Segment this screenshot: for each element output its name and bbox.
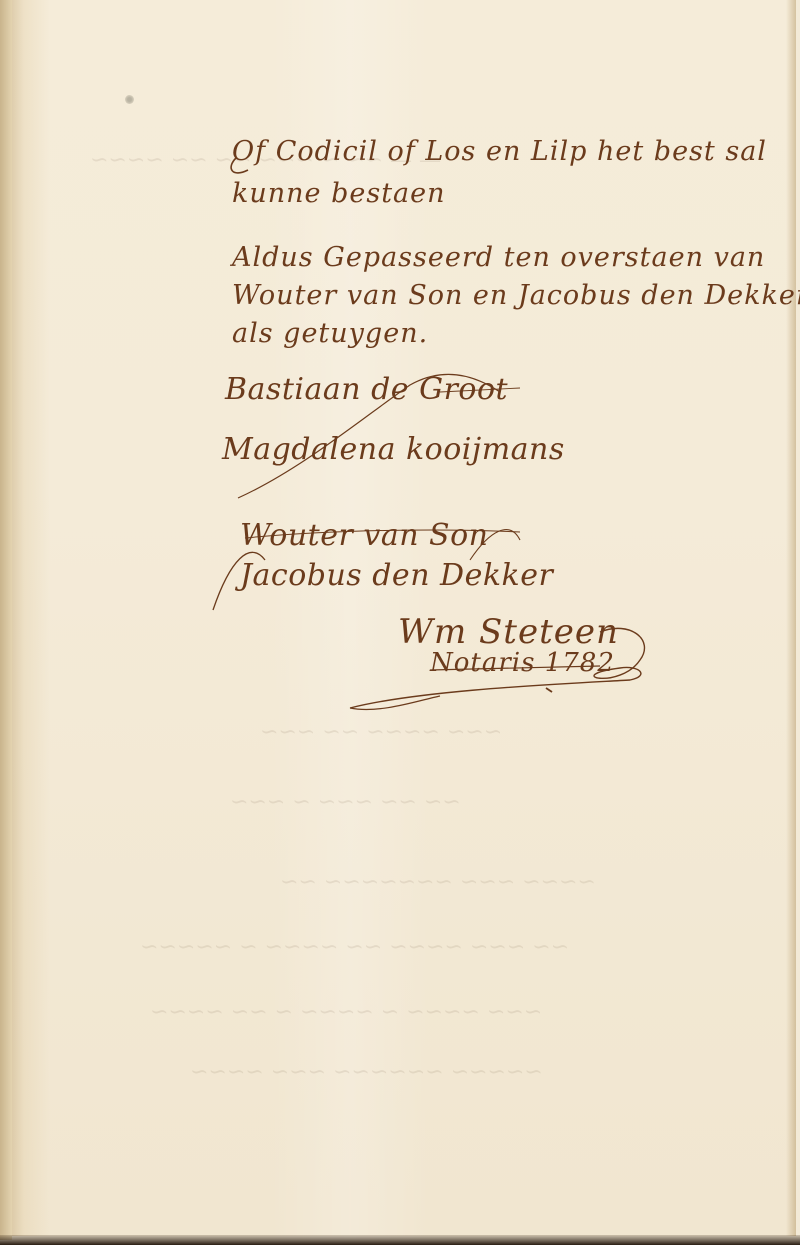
signature-jacobus-den-dekker: Jacobus den Dekker [240,558,553,593]
body-line-5: als getuygen. [232,318,428,349]
bleed-through-text: ~~ ~~ ~~~ ~ ~~~ [230,790,461,815]
page-bottom-edge [0,1235,800,1245]
body-line-2: kunne bestaen [232,178,446,209]
bleed-through-text: ~~~ ~~~~ ~ ~~~~ ~ ~~ ~~~~ [150,1000,542,1025]
bleed-through-text: ~~~~ ~~~ ~~~~~~~ ~~ [280,870,596,895]
signature-bastiaan-de-groot: Bastiaan de Groot [225,372,508,407]
signature-wouter-van-son: Wouter van Son [240,518,489,553]
bleed-through-text: ~~~~~ ~~~~~~ ~~~ ~~~~ [190,1060,543,1085]
bleed-through-text: ~~~ ~~~~ ~~ ~~~ [260,720,502,745]
notary-name: Wm Steteen [398,612,619,652]
signature-magdalena-kooijmans: Magdalena kooijmans [222,432,565,467]
body-line-3: Aldus Gepasseerd ten overstaen van [232,242,765,273]
notary-title: Notaris 1782 [430,648,615,678]
body-line-1: Of Codicil of Los en Lilp het best sal [232,136,767,167]
body-line-4: Wouter van Son en Jacobus den Dekker [232,280,800,311]
bleed-through-text: ~~ ~~~ ~~~~ ~~ ~~~~ ~ ~~~~~ [140,935,569,960]
paper-spot [125,95,134,104]
page-binding-edge [0,0,12,1240]
